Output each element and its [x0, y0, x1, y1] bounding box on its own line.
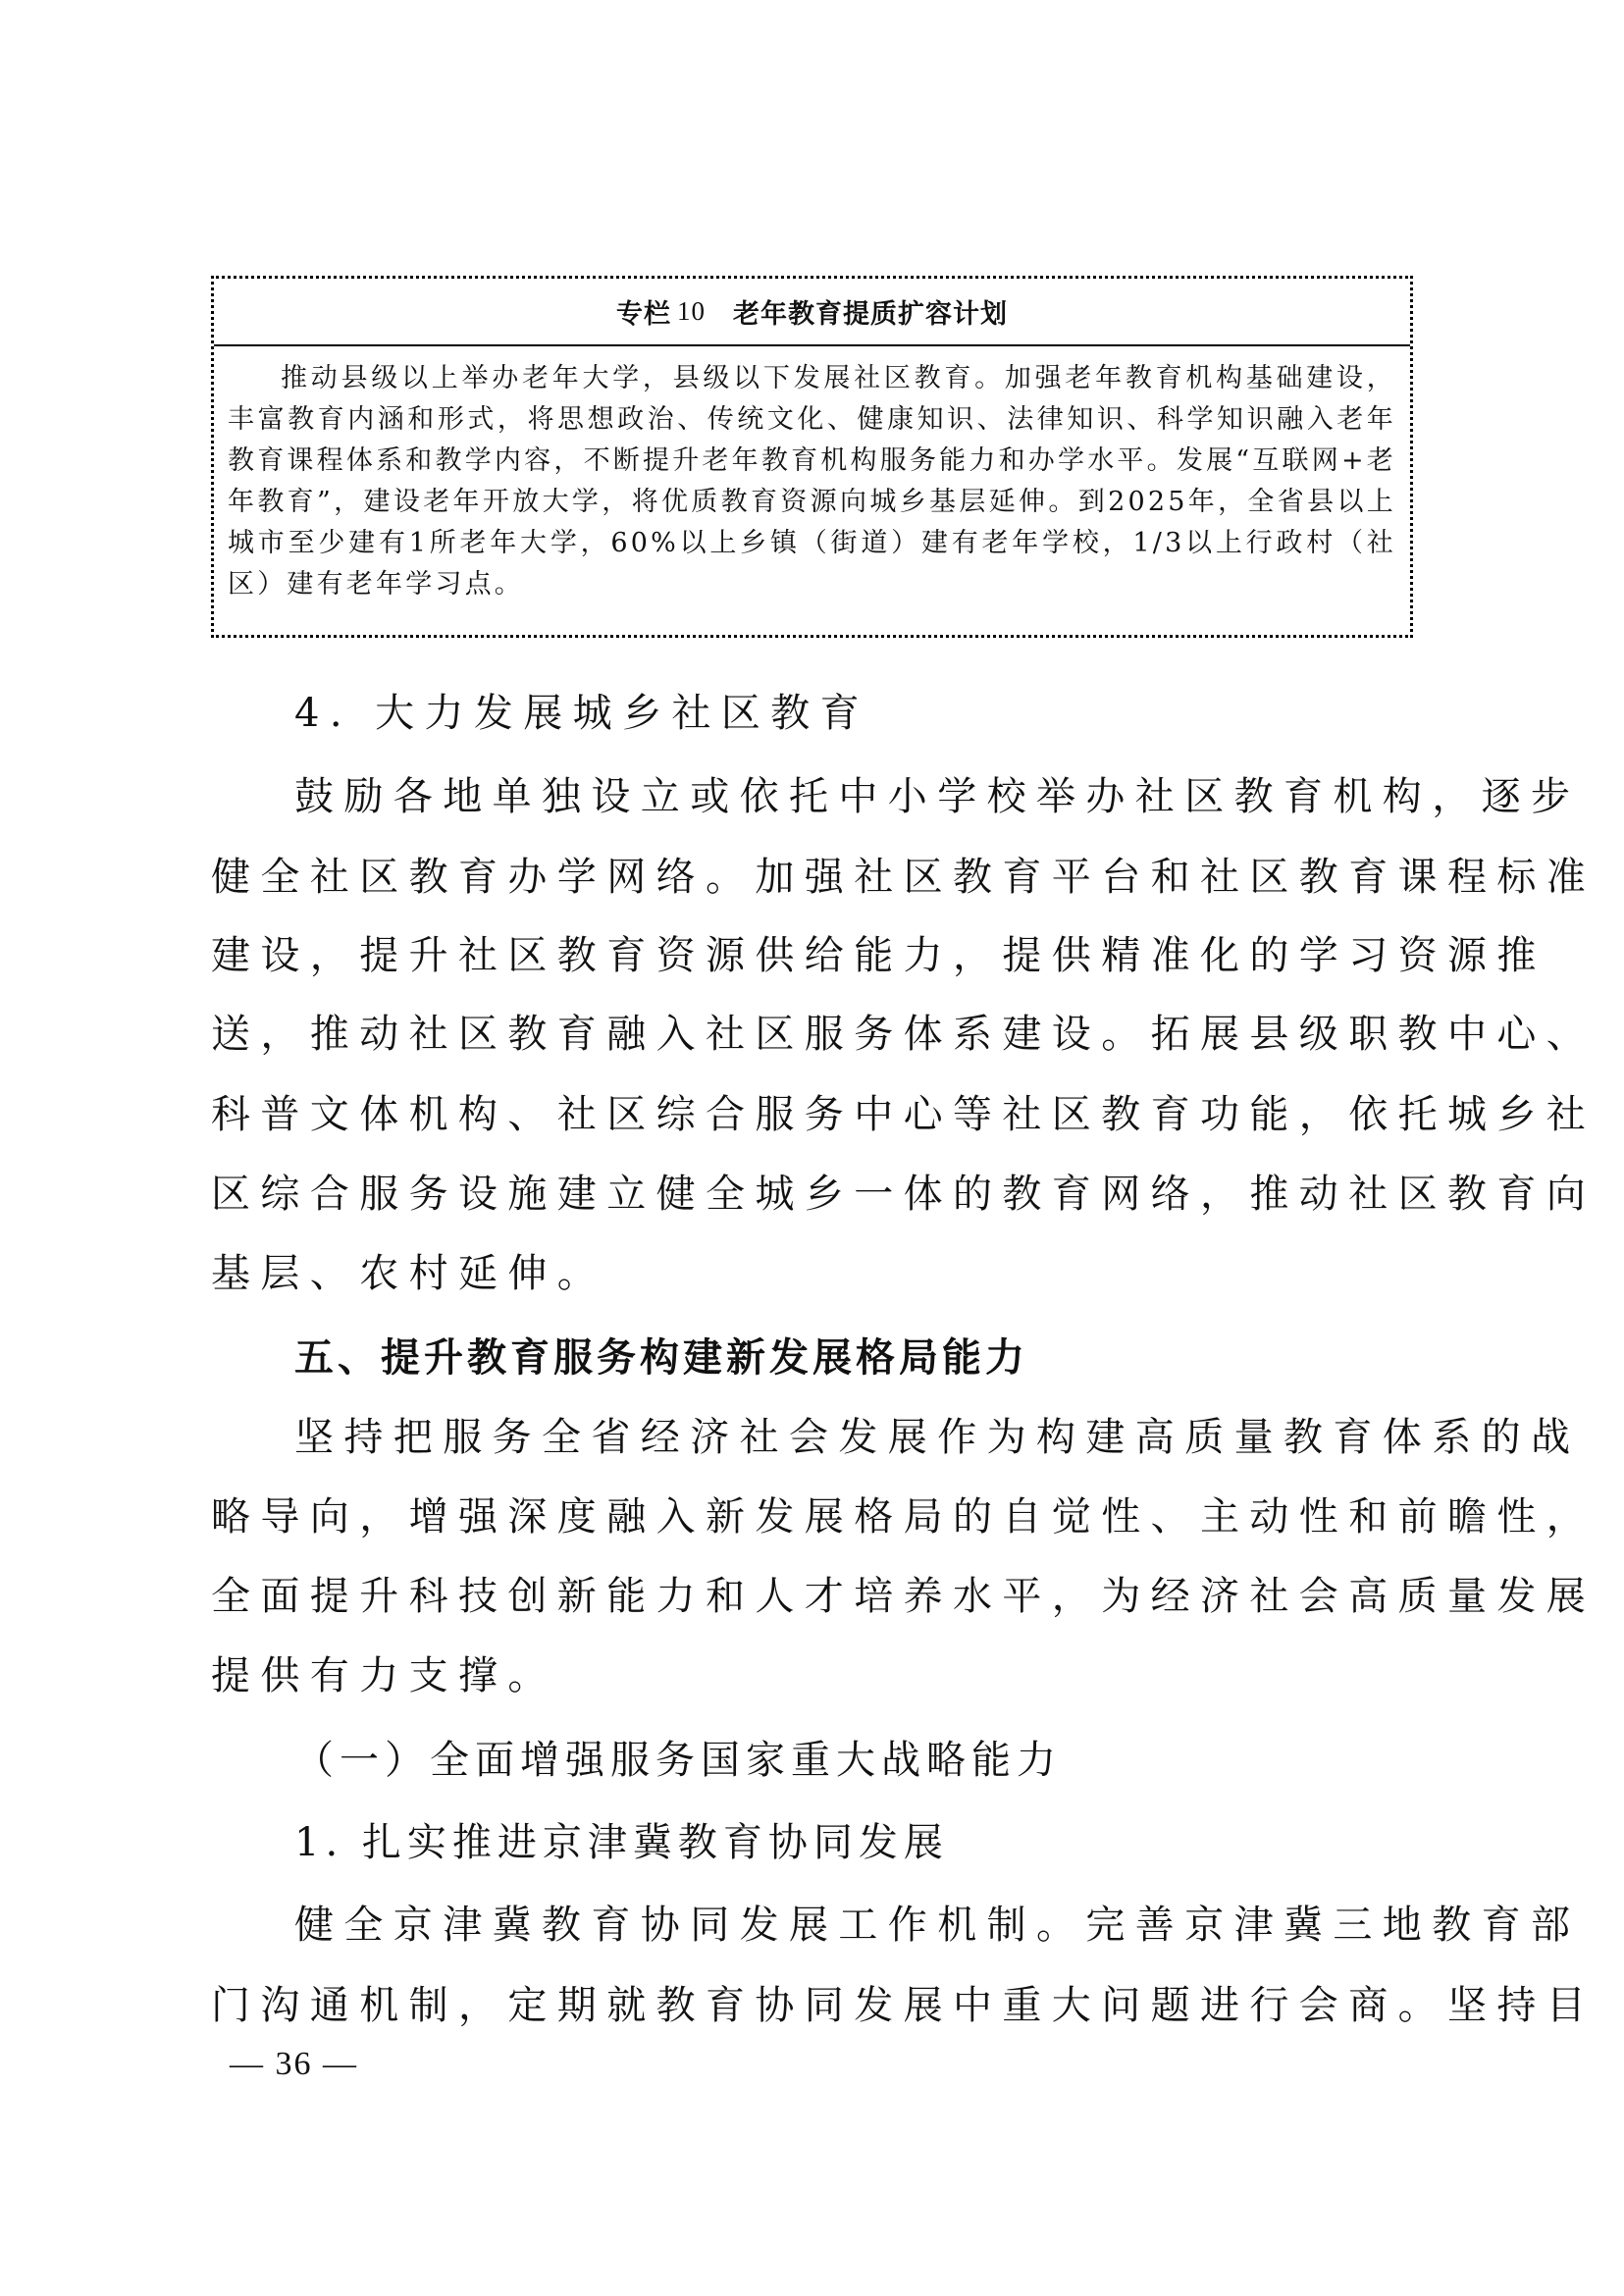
paragraph-line: 略导向，增强深度融入新发展格局的自觉性、主动性和前瞻性， — [211, 1486, 1413, 1541]
column-box: 专栏 10 老年教育提质扩容计划 推动县级以上举办老年大学，县级以下发展社区教育… — [211, 276, 1413, 638]
paragraph-line: 提供有力支撑。 — [211, 1644, 1413, 1700]
column-box-title-prefix: 专栏 — [616, 292, 671, 331]
paragraph-line: 科普文体机构、社区综合服务中心等社区教育功能，依托城乡社 — [211, 1083, 1413, 1139]
paragraph-line: 健全社区教育办学网络。加强社区教育平台和社区教育课程标准 — [211, 846, 1413, 902]
paragraph-line: 建设，提升社区教育资源供给能力，提供精准化的学习资源推 — [211, 924, 1413, 980]
paragraph-line: 鼓励各地单独设立或依托中小学校举办社区教育机构，逐步 — [294, 765, 1413, 821]
paragraph-line: 健全京津冀教育协同发展工作机制。完善京津冀三地教育部 — [294, 1894, 1413, 1950]
paragraph-line: 全面提升科技创新能力和人才培养水平，为经济社会高质量发展 — [211, 1565, 1413, 1621]
column-box-title: 专栏 10 老年教育提质扩容计划 — [214, 279, 1410, 346]
paragraph-line: 坚持把服务全省经济社会发展作为构建高质量教育体系的战 — [294, 1406, 1413, 1462]
subsection-heading-1: （一）全面增强服务国家重大战略能力 — [294, 1729, 1413, 1785]
section-heading-5: 五、提升教育服务构建新发展格局能力 — [294, 1327, 1413, 1383]
column-box-title-text: 老年教育提质扩容计划 — [733, 292, 1008, 331]
paragraph-line: 送，推动社区教育融入社区服务体系建设。拓展县级职教中心、 — [211, 1003, 1413, 1059]
paragraph-line: 门沟通机制，定期就教育协同发展中重大问题进行会商。坚持目 — [211, 1974, 1413, 2030]
subheading-1: 1. 扎实推进京津冀教育协同发展 — [294, 1811, 1413, 1867]
page-number: — 36 — — [230, 2046, 358, 2083]
column-box-paragraph: 推动县级以上举办老年大学，县级以下发展社区教育。加强老年教育机构基础建设，丰富教… — [228, 358, 1396, 605]
column-box-number: 10 — [677, 296, 706, 327]
paragraph-line: 基层、农村延伸。 — [211, 1242, 1413, 1298]
subheading-4: 4. 大力发展城乡社区教育 — [294, 682, 1413, 738]
paragraph-line: 区综合服务设施建立健全城乡一体的教育网络，推动社区教育向 — [211, 1163, 1413, 1219]
column-box-body: 推动县级以上举办老年大学，县级以下发展社区教育。加强老年教育机构基础建设，丰富教… — [214, 346, 1410, 605]
